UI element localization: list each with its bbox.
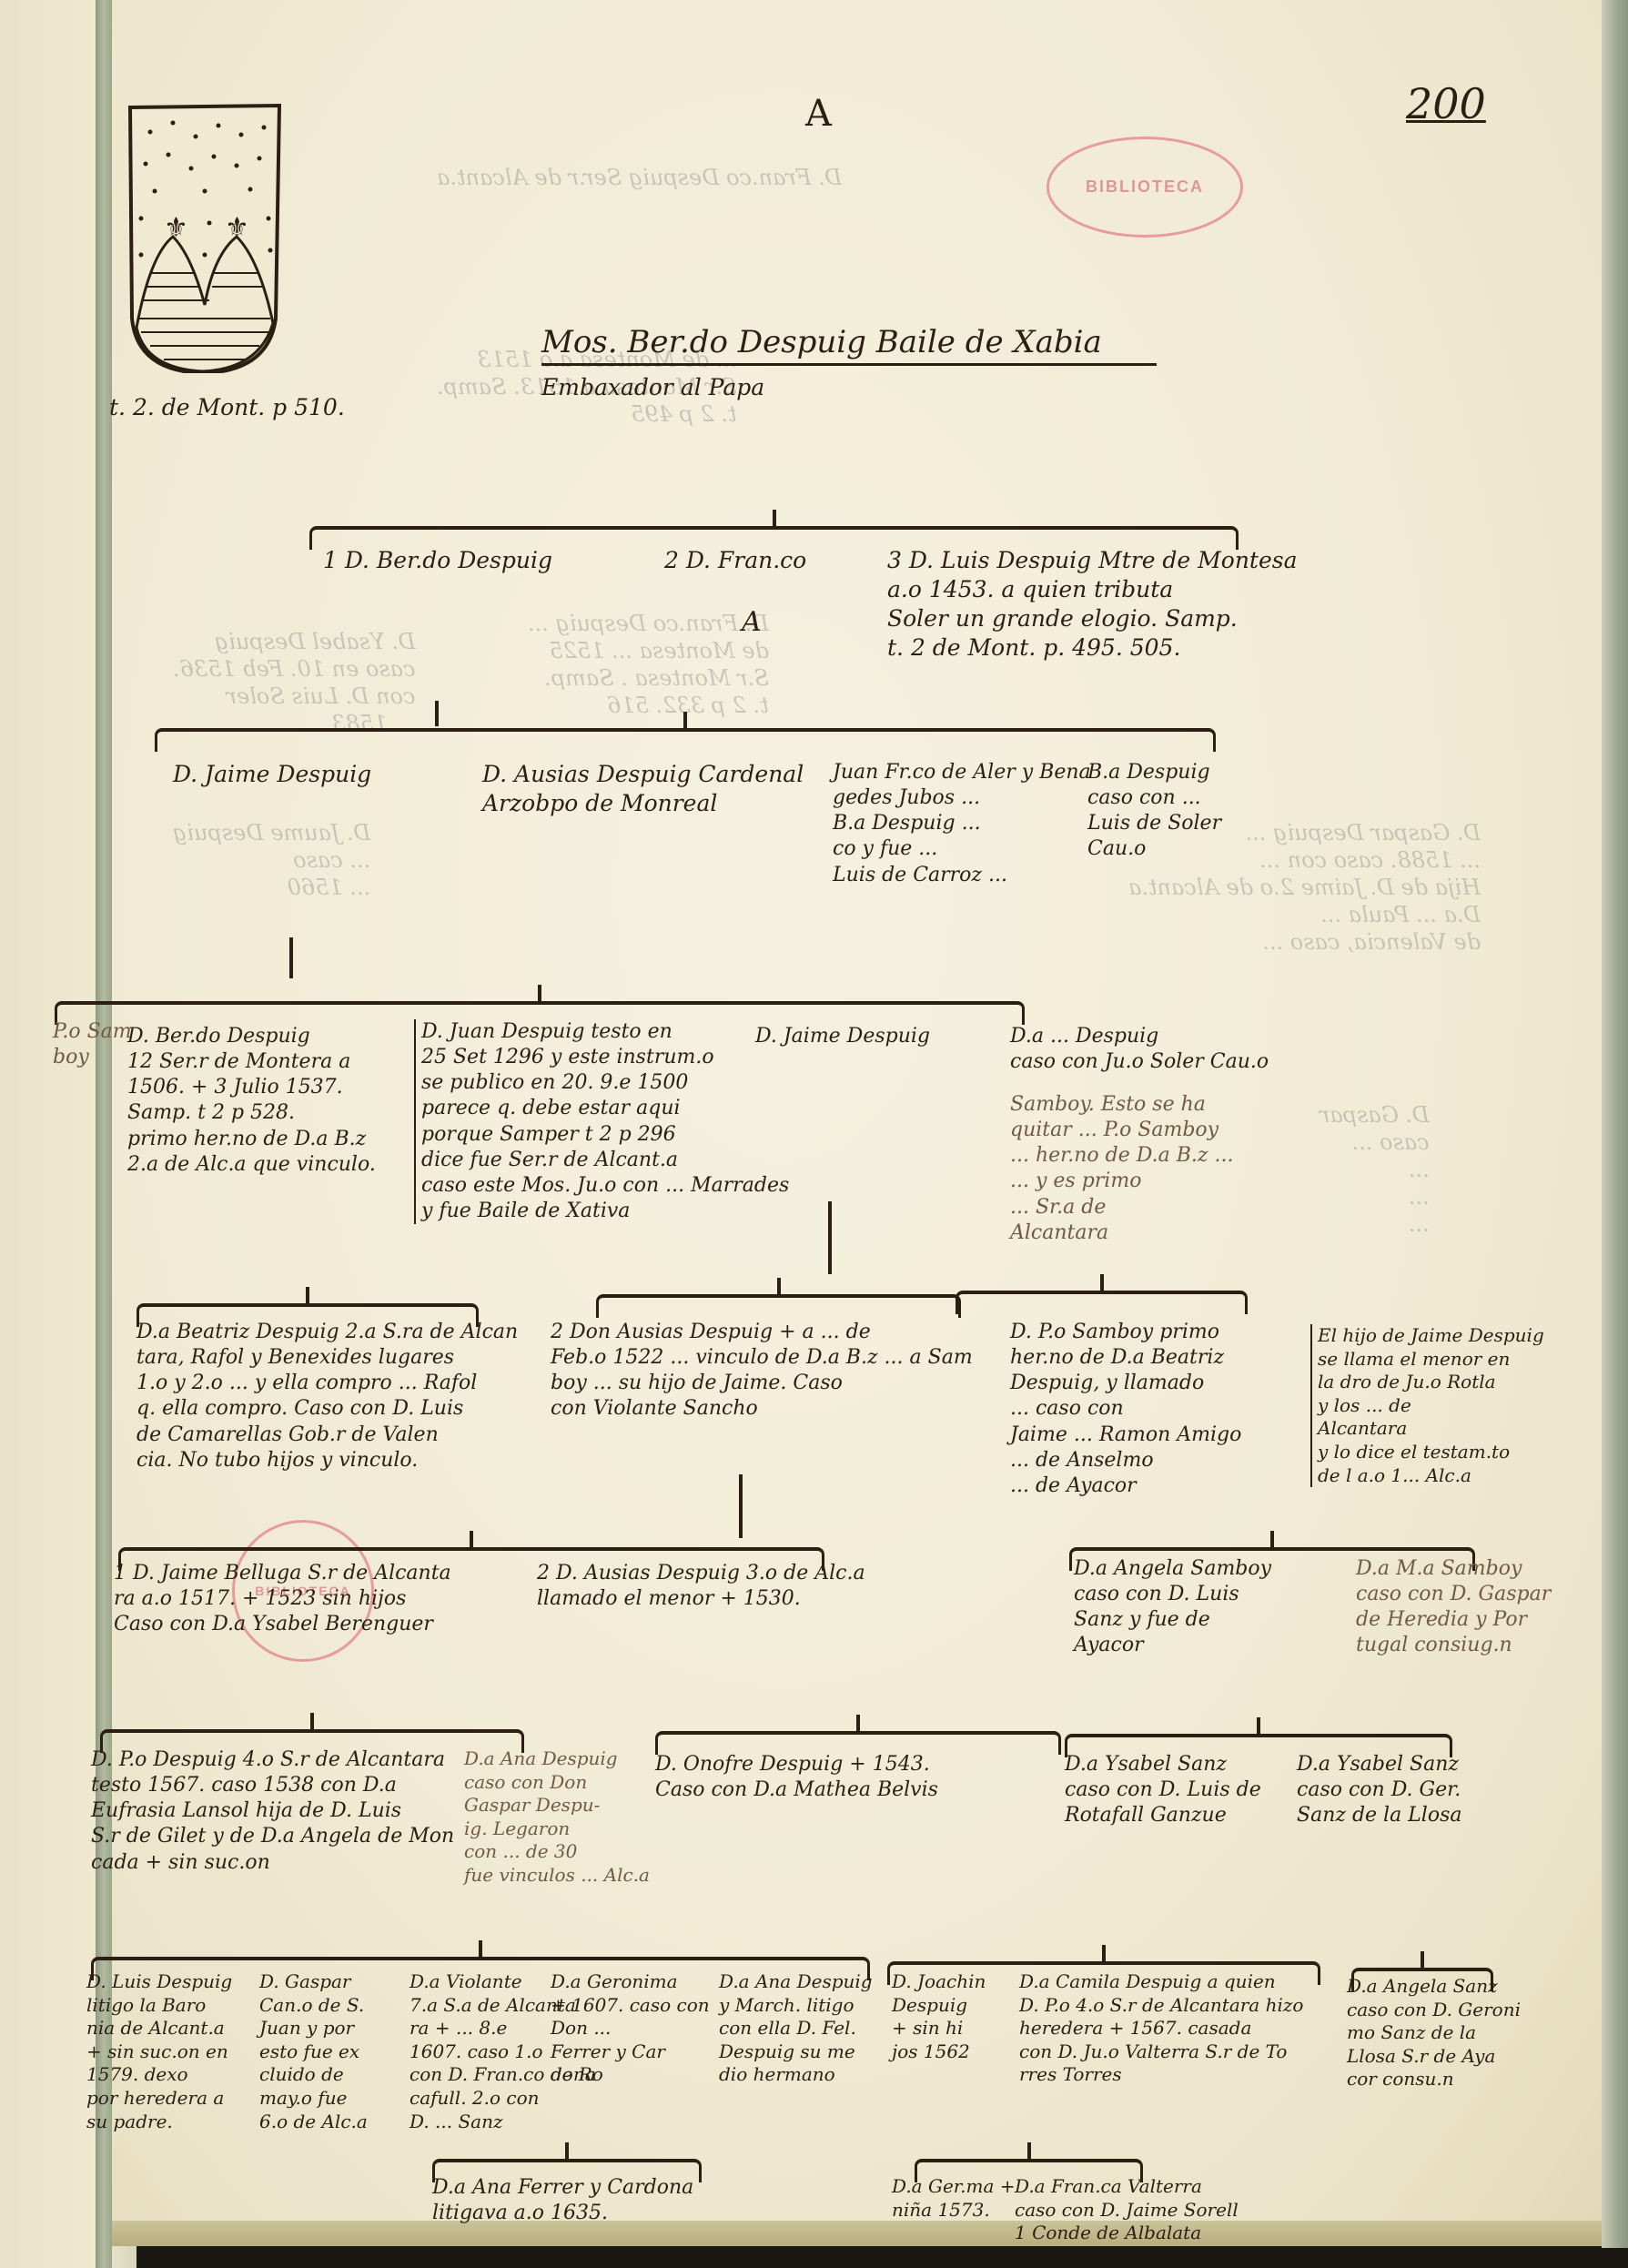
person-entry: D.a Angela Sanz caso con D. Geroni mo Sa…: [1347, 1975, 1521, 2091]
family-brace: [956, 1291, 1248, 1314]
person-entry: D.a Ger.ma + niña 1573.: [892, 2175, 1016, 2222]
person-entry: D.a Ana Ferrer y Cardona litigava a.o 16…: [432, 2175, 693, 2226]
person-entry: 2 D. Fran.co: [664, 546, 806, 575]
coat-of-arms-icon: ⚜ ⚜: [123, 100, 287, 373]
person-entry: 3 D. Luis Despuig Mtre de Montesa a.o 14…: [887, 546, 1306, 663]
person-entry: D. Joachin Despuig + sin hi jos 1562: [892, 1970, 986, 2063]
person-entry: 2 D. Ausias Despuig 3.o de Alc.a llamado…: [537, 1561, 865, 1612]
person-entry: D. Juan Despuig testo en 25 Set 1296 y e…: [414, 1019, 789, 1224]
person-entry: D. Onofre Despuig + 1543. Caso con D.a M…: [655, 1752, 938, 1803]
person-entry: D.a M.a Samboy caso con D. Gaspar de Her…: [1356, 1556, 1551, 1659]
person-entry: D.a Geronima + 1607. caso con Don ... Fe…: [551, 1970, 710, 2087]
person-entry: D.a Ysabel Sanz caso con D. Ger. Sanz de…: [1297, 1752, 1461, 1828]
margin-note: P.o Sam boy: [53, 1019, 132, 1070]
person-entry: 1 D. Ber.do Despuig: [323, 546, 552, 575]
descent-line: [289, 937, 293, 978]
family-brace: [596, 1294, 961, 1318]
section-letter: A: [805, 91, 832, 137]
family-brace: [155, 728, 1216, 752]
root-ancestor-title: Embaxador al Papa: [541, 373, 764, 402]
svg-text:⚜: ⚜: [225, 212, 249, 244]
bleed-through-text: D. Fran.co Despuig ... de Montesa ... 15…: [528, 610, 769, 719]
descent-line: [828, 1201, 832, 1274]
book-spine: [96, 0, 112, 2268]
person-entry: D.a Ysabel Sanz caso con D. Luis de Rota…: [1065, 1752, 1261, 1828]
person-entry: D. Luis Despuig litigo la Baro nia de Al…: [86, 1970, 232, 2133]
cross-reference-mark: A: [742, 605, 762, 640]
person-entry: D. Ber.do Despuig 12 Ser.r de Montera a …: [127, 1024, 376, 1178]
person-entry: D.a Camila Despuig a quien D. P.o 4.o S.…: [1019, 1970, 1303, 2087]
bleed-through-text: D. Jaume Despuig ... caso ... 1560: [173, 819, 370, 901]
person-entry: D.a Ana Despuig y March. litigo con ella…: [719, 1970, 873, 2087]
bleed-through-text: D. Ysabel Despuig caso en 10. Feb 1536. …: [173, 628, 415, 737]
person-entry: D.a Ana Despuig caso con Don Gaspar Desp…: [464, 1747, 650, 1888]
folio-number: 200: [1406, 77, 1486, 131]
bleed-through-text: D. Gaspar caso ... ... ... ...: [1320, 1101, 1430, 1238]
person-entry: D. Gaspar Can.o de S. Juan y por esto fu…: [259, 1970, 368, 2133]
person-entry: D. P.o Despuig 4.o S.r de Alcantara test…: [91, 1747, 454, 1876]
root-ancestor-name: Mos. Ber.do Despuig Baile de Xabia: [541, 323, 1157, 366]
person-entry: D. Jaime Despuig: [173, 760, 371, 789]
person-entry: Samboy. Esto se ha quitar ... P.o Samboy…: [1010, 1092, 1233, 1246]
person-entry: 1 D. Jaime Belluga S.r de Alcanta ra a.o…: [114, 1561, 451, 1637]
person-entry: B.a Despuig caso con ... Luis de Soler C…: [1087, 760, 1221, 863]
person-entry: Juan Fr.co de Aler y Bena gedes Jubos ..…: [833, 760, 1091, 888]
person-entry: D.a Beatriz Despuig 2.a S.ra de Alcan ta…: [137, 1320, 518, 1473]
bleed-through-text: D. Fran.co Despuig Ser.r de Alcant.a: [437, 164, 842, 191]
descent-line: [435, 701, 439, 726]
svg-text:⚜: ⚜: [164, 212, 188, 244]
person-entry: D. Ausias Despuig Cardenal Arzobpo de Mo…: [482, 760, 804, 818]
page-bottom-edge: [112, 2221, 1628, 2246]
coat-of-arms-reference: t. 2. de Mont. p 510.: [109, 393, 345, 422]
person-entry: D.a ... Despuig caso con Ju.o Soler Cau.…: [1010, 1024, 1269, 1075]
library-stamp: BIBLIOTECA: [1047, 137, 1243, 238]
person-entry: D.a Fran.ca Valterra caso con D. Jaime S…: [1015, 2175, 1239, 2245]
person-entry: 2 Don Ausias Despuig + a ... de Feb.o 15…: [551, 1320, 973, 1423]
person-entry: D. Jaime Despuig: [755, 1024, 930, 1049]
descent-line: [739, 1474, 743, 1538]
person-entry: D.a Angela Samboy caso con D. Luis Sanz …: [1074, 1556, 1271, 1659]
person-entry: D. P.o Samboy primo her.no de D.a Beatri…: [1010, 1320, 1241, 1499]
person-entry: El hijo de Jaime Despuig se llama el men…: [1310, 1324, 1544, 1487]
page-right-edge: [1602, 0, 1628, 2248]
